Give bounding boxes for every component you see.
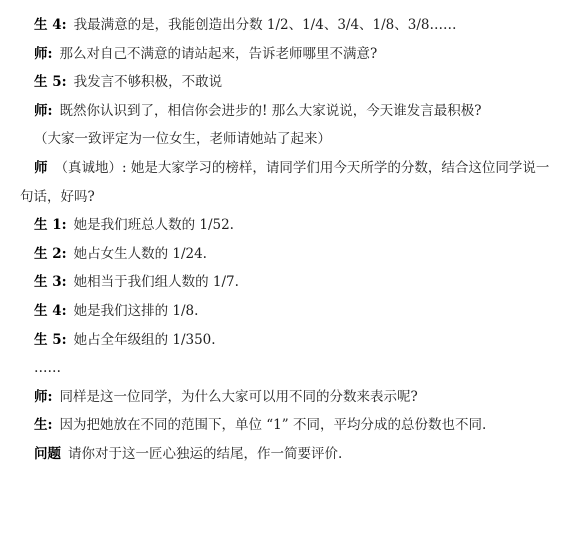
dialogue-text: 那么对自己不满意的请站起来，告诉老师哪里不满意?	[59, 46, 377, 62]
dialogue-text: 我发言不够积极，不敢说	[74, 74, 223, 90]
dialogue-line-student2-fraction: 生 2:她占女生人数的 1/24.	[20, 240, 552, 269]
dialogue-text: 她占全年级组的 1/350.	[74, 332, 216, 348]
dialogue-text: 她占女生人数的 1/24.	[74, 246, 207, 262]
speaker-label: 生:	[34, 417, 52, 433]
speaker-label: 生 5:	[34, 332, 67, 348]
dialogue-line-teacher-sincerely-continued: 句话，好吗?	[20, 183, 552, 212]
dialogue-text: 她相当于我们组人数的 1/7.	[74, 274, 239, 290]
dialogue-line-teacher-why-different: 师:同样是这一位同学，为什么大家可以用不同的分数来表示呢?	[20, 383, 552, 412]
speaker-label: 生 1:	[34, 217, 67, 233]
dialogue-line-student1-fraction: 生 1:她是我们班总人数的 1/52.	[20, 211, 552, 240]
speaker-label: 师	[34, 160, 48, 176]
dialogue-text: 她是我们这排的 1/8.	[74, 303, 199, 319]
speaker-label: 生 4:	[34, 17, 67, 33]
speaker-label: 生 2:	[34, 246, 67, 262]
speaker-label: 师:	[34, 103, 52, 119]
dialogue-line-ellipsis: ……	[20, 354, 552, 383]
dialogue-line-student5-reflection: 生 5:我发言不够积极，不敢说	[20, 68, 552, 97]
dialogue-line-student4-fraction: 生 4:她是我们这排的 1/8.	[20, 297, 552, 326]
dialogue-line-student4-opening: 生 4:我最满意的是，我能创造出分数 1/2、1/4、3/4、1/8、3/8……	[20, 11, 552, 40]
dialogue-line-teacher-encouragement: 师:既然你认识到了，相信你会进步的! 那么大家说说，今天谁发言最积极?	[20, 97, 552, 126]
dialogue-text: （真诚地）: 她是大家学习的榜样，请同学们用今天所学的分数，结合这位同学说一	[55, 160, 550, 176]
dialogue-text: ……	[34, 360, 61, 376]
dialogue-line-stage-direction: （大家一致评定为一位女生，老师请她站了起来）	[20, 125, 552, 154]
speaker-label: 师:	[34, 46, 52, 62]
dialogue-line-student5-fraction: 生 5:她占全年级组的 1/350.	[20, 326, 552, 355]
document-page: 生 4:我最满意的是，我能创造出分数 1/2、1/4、3/4、1/8、3/8………	[0, 0, 564, 544]
dialogue-text: 请你对于这一匠心独运的结尾，作一简要评价.	[68, 446, 342, 462]
dialogue-text: 因为把她放在不同的范围下，单位 “1” 不同，平均分成的总份数也不同.	[59, 417, 486, 433]
dialogue-text: 同样是这一位同学，为什么大家可以用不同的分数来表示呢?	[59, 389, 417, 405]
dialogue-text: 我最满意的是，我能创造出分数 1/2、1/4、3/4、1/8、3/8……	[74, 17, 457, 33]
dialogue-text: 她是我们班总人数的 1/52.	[74, 217, 234, 233]
speaker-label: 生 3:	[34, 274, 67, 290]
dialogue-line-teacher-sincerely: 师（真诚地）: 她是大家学习的榜样，请同学们用今天所学的分数，结合这位同学说一	[20, 154, 552, 183]
dialogue-line-student3-fraction: 生 3:她相当于我们组人数的 1/7.	[20, 268, 552, 297]
dialogue-text: （大家一致评定为一位女生，老师请她站了起来）	[34, 131, 331, 147]
question-label: 问题	[34, 446, 61, 462]
dialogue-text: 既然你认识到了，相信你会进步的! 那么大家说说，今天谁发言最积极?	[59, 103, 481, 119]
speaker-label: 师:	[34, 389, 52, 405]
dialogue-text: 句话，好吗?	[20, 189, 95, 205]
dialogue-line-students-answer: 生:因为把她放在不同的范围下，单位 “1” 不同，平均分成的总份数也不同.	[20, 411, 552, 440]
dialogue-line-question-prompt: 问题请你对于这一匠心独运的结尾，作一简要评价.	[20, 440, 552, 469]
speaker-label: 生 5:	[34, 74, 67, 90]
speaker-label: 生 4:	[34, 303, 67, 319]
dialogue-line-teacher-question: 师:那么对自己不满意的请站起来，告诉老师哪里不满意?	[20, 40, 552, 69]
